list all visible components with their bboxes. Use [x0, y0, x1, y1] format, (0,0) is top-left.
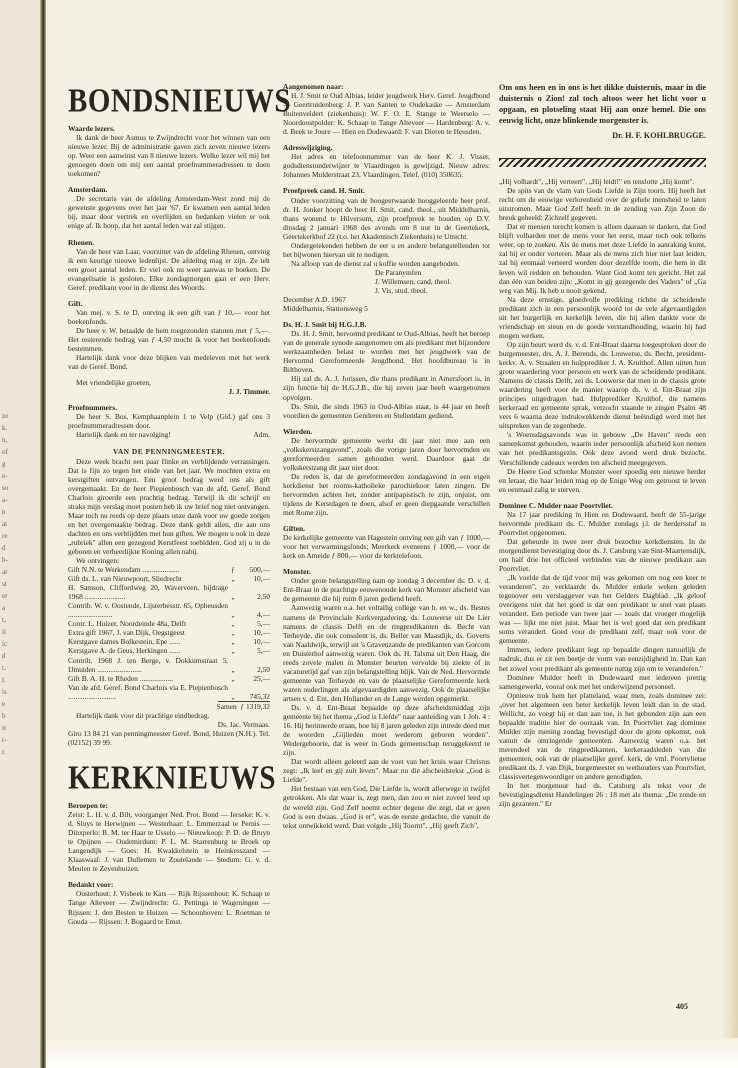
article-paragraph: Van de heer van Laar, voorzitter van de …	[68, 247, 270, 292]
article-heading: Adreswijziging.	[283, 143, 490, 152]
received-label: We ontvingen:	[68, 556, 270, 565]
gift-row: Van de afd. Geref. Bond Charlois via E. …	[68, 683, 270, 701]
giften-text: De kerkelijke gemeente van Hagestein ont…	[283, 533, 490, 560]
article-heading: Proefnummers.	[68, 403, 270, 412]
thanks-line: Hartelijk dank voor dit prachtige eindbe…	[68, 711, 270, 720]
article-paragraph: Dominee Mulder heeft in Dodewaard met ie…	[499, 673, 706, 691]
article-paragraph: Ik dank de heer Asmus te Zwijndrecht voo…	[68, 133, 270, 178]
facing-page-text-fragment: er	[2, 592, 7, 601]
gift-row: Gift B. A. H. te Rheden ................…	[68, 674, 270, 683]
facing-page-text-fragment: ic	[2, 640, 7, 649]
penningmeester-title: VAN DE PENNINGMEESTER.	[68, 447, 270, 456]
article-heading: Wierden.	[283, 427, 490, 436]
article-paragraph: Ds. Smit, die sinds 1963 in Oud-Albias s…	[283, 402, 490, 420]
section-title-bondsnieuws: BONDSNIEUWS	[68, 84, 270, 119]
article-paragraph: „Ik voelde dat de tijd voor mij was geko…	[499, 573, 706, 645]
article-paragraph: Opnieuw trok hem het platteland, waar me…	[499, 691, 706, 781]
facing-page-text-fragment: at	[2, 520, 7, 529]
article-paragraph: Immers, iedere predikant legt op bepaald…	[499, 645, 706, 672]
proefpreek-body: Onder voorzitting van de hoogeerwaarde h…	[283, 196, 490, 268]
article-paragraph: Na afloop van de dienst zal u koffie wor…	[283, 259, 490, 268]
column-3: Om ons heen en in ons is het dikke duist…	[499, 82, 706, 808]
article-heading: Dominee C. Mulder naar Poortvliet.	[499, 501, 706, 510]
article-paragraph: Ondergetekenden hebben de eer u en ander…	[283, 241, 490, 259]
article-paragraph: Na 17 jaar prediking in Hien en Dodewaar…	[499, 510, 706, 537]
article-paragraph: Ds. H. J. Smit, hervormd predikant te Ou…	[283, 329, 490, 374]
thanks-signature: Ds. Jac. Vermaas.	[68, 720, 270, 729]
facing-page-text-fragment: d	[2, 652, 6, 661]
article-paragraph: Het bestaan van een God, Die Liefde is, …	[283, 784, 490, 829]
proef-closing: Hartelijk dank en ter navolging!Adm.	[68, 430, 270, 439]
article-paragraph: Op zijn beurt werd ds. v. d. Ent-Braat d…	[499, 340, 706, 430]
article-paragraph: Dat gebeurde in twee zeer druk bezochte …	[499, 537, 706, 573]
mulder-body: Na 17 jaar prediking in Hien en Dodewaar…	[499, 510, 706, 809]
facing-page-text-fragment: r-	[2, 736, 7, 745]
facing-page-text-fragment: ze	[2, 412, 8, 421]
facing-page-text-fragment: of	[2, 448, 8, 457]
column-1: BONDSNIEUWS Waarde lezers.Ik dank de hee…	[68, 82, 270, 926]
kohlbrugge-quote: Om ons heen en in ons is het dikke duist…	[499, 82, 706, 126]
article-heading: Proefpreek cand. H. Smit.	[283, 186, 490, 195]
article-heading: Ds. H. J. Smit bij H.G.J.B.	[283, 320, 490, 329]
facing-page-text-fragment: a	[2, 604, 5, 613]
article-paragraph: Dat wordt alleen geleerd aan de voet van…	[283, 757, 490, 784]
gift-row: Kerstgave A. de Geus, Herkingen ......„5…	[68, 646, 270, 655]
article-paragraph: Ds. v. d. Ent-Braat bepaalde op deze afs…	[283, 703, 490, 757]
article-heading: Rhenen.	[68, 238, 270, 247]
facing-page-text-fragment: st	[2, 580, 7, 589]
proefpreek-date: December A.D. 1967	[283, 295, 490, 304]
facing-page-text-fragment: ir	[2, 724, 6, 733]
facing-page-text-fragment: t.	[2, 664, 6, 673]
facing-page-text-fragment: ar	[2, 568, 7, 577]
article-paragraph: Van mej. v. S. te D. ontving ik een gift…	[68, 308, 270, 326]
article-heading: Gift.	[68, 299, 270, 308]
ornamental-divider	[499, 158, 706, 167]
greeting-signature: J. J. Timmer.	[68, 387, 270, 396]
page-number: 405	[676, 1002, 688, 1011]
article-paragraph: Hij zal ds. A. J. Jorissen, die thans pr…	[283, 374, 490, 401]
proef-signature: Adm.	[245, 430, 270, 439]
facing-page-text-fragment: n,	[2, 436, 7, 445]
article-paragraph: Hartelijk dank voor deze blijken van med…	[68, 353, 270, 371]
gift-row: Kerstgave dames Bolkestein, Epe ......„1…	[68, 637, 270, 646]
paranymfen-signature: De Paranymfen J. Willemsen, cand. theol.…	[375, 268, 490, 295]
gift-row: Gift N.N. te Werkendam .................…	[68, 565, 270, 574]
article-paragraph: Onder voorzitting van de hoogeerwaarde h…	[283, 196, 490, 241]
section-title-kerknieuws: KERKNIEUWS	[68, 761, 270, 796]
article-paragraph: „Hij volhardt", „Hij verteert", „Hij lei…	[499, 177, 706, 186]
article-paragraph: De secretaris van de afdeling Amsterdam-…	[68, 194, 270, 230]
page-edge-shadow	[720, 0, 738, 1068]
facing-page-text-fragment: d	[2, 544, 6, 553]
article-paragraph: De heer v. W. betaalde de hem toegezonde…	[68, 326, 270, 353]
proefpreek-place: Middelharnis, Stationsweg 5	[283, 304, 490, 313]
article-paragraph: In het morgenuur had ds. Catsburg als te…	[499, 781, 706, 808]
article-paragraph: De reden is, dat de gereformeerden zonda…	[283, 472, 490, 517]
article-paragraph: De hervormde gemeente werkt dit jaar nie…	[283, 436, 490, 472]
article-heading: Beroepen te:	[68, 801, 270, 810]
monster-continued: „Hij volhardt", „Hij verteert", „Hij lei…	[499, 177, 706, 494]
facing-page-text-fragment: k.	[2, 424, 7, 433]
gift-row: Contrib. 1968 J. ten Berge, v. Dokkumstr…	[68, 656, 270, 674]
facing-page-text-fragment: a-	[2, 496, 7, 505]
smit-body: Ds. H. J. Smit, hervormd predikant te Ou…	[283, 329, 490, 419]
giro-info: Giro 13 84 21 van penningmeester Geref. …	[68, 729, 270, 747]
article-heading: Monster.	[283, 567, 490, 576]
penningmeester-paragraph: Deze week bracht een paar flinke en verb…	[68, 457, 270, 557]
article-paragraph: Onder grote belangstelling nam op zondag…	[283, 576, 490, 603]
facing-page-text-fragment: r.	[2, 748, 6, 757]
facing-page-text-fragment: is	[2, 688, 7, 697]
article-heading: Aangenomen naar:	[283, 82, 490, 91]
gift-row: Gift ds. L. van Nieuwpoort, Sliedrecht„1…	[68, 574, 270, 583]
facing-page-text-fragment: n	[2, 508, 6, 517]
facing-page-text-fragment: e-	[2, 472, 7, 481]
article-paragraph: De spits van de vlam van Gods Liefde is …	[499, 186, 706, 222]
quote-signature: Dr. H. F. KOHLBRUGGE.	[499, 131, 706, 140]
facing-page-edge: zek.n,ofge-soa-natredb-arsterat,ilicdt.l…	[0, 0, 44, 1068]
gift-row: Extra gift 1967, J. van Dijk, Oegstgeest…	[68, 628, 270, 637]
facing-page-text-fragment: t,	[2, 616, 6, 625]
facing-page-text-fragment: so	[2, 484, 8, 493]
monster-body: Onder grote belangstelling nam op zondag…	[283, 576, 490, 829]
article-heading: Bedankt voor:	[68, 880, 270, 889]
article-paragraph: Na deze ernstige, gloedvolle prediking r…	[499, 295, 706, 340]
facing-page-text-fragment: g	[2, 460, 6, 469]
bondsnieuws-sections: Waarde lezers.Ik dank de heer Asmus te Z…	[68, 124, 270, 371]
wierden-body: De hervormde gemeente werkt dit jaar nie…	[283, 436, 490, 517]
facing-page-text-fragment: l.	[2, 676, 6, 685]
adres-text: Het adres en telefoonnummer van de heer …	[283, 152, 490, 179]
beroepen-text: Zeist: L. H. v. d. Bilt, voorganger Ned.…	[68, 810, 270, 873]
facing-page-text-fragment: e	[2, 700, 5, 709]
greeting: Met vriendelijke groeten,	[68, 378, 270, 387]
article-paragraph: 's Woensdagsavonds was in gebouw „De Hav…	[499, 430, 706, 466]
facing-page-text-fragment: b	[2, 712, 6, 721]
article-heading: Amsterdam.	[68, 185, 270, 194]
gift-row: H. Samson, Cliffordweg 20, Waverveen, bi…	[68, 583, 270, 601]
facing-page-text-fragment: il	[2, 628, 6, 637]
article-paragraph: Dat er mensen terecht komen is alleen da…	[499, 222, 706, 294]
facing-page-text-fragment: b-	[2, 556, 8, 565]
aangenomen-text: H. J. Smit te Oud Albias, leider jeugdwe…	[283, 91, 490, 136]
gifts-total: Samen ƒ 1319,32	[68, 702, 270, 711]
bedankt-text: Oosterhout: J. Visbeek te Kats — Rijk Ri…	[68, 889, 270, 925]
column-2: Aangenomen naar: H. J. Smit te Oud Albia…	[283, 82, 490, 830]
facing-page-text-fragment: re	[2, 532, 7, 541]
article-paragraph: De heer S. Bos, Kemphaanplein 1 te Velp …	[68, 412, 270, 430]
gift-row: Contr. L. Huizer, Noordeinde 48a, Delft„…	[68, 619, 270, 628]
article-heading: Waarde lezers.	[68, 124, 270, 133]
article-heading: Giften.	[283, 524, 490, 533]
article-paragraph: De Heere God schenke Monster weer spoedi…	[499, 467, 706, 494]
gifts-table: Gift N.N. te Werkendam .................…	[68, 565, 270, 701]
article-paragraph: Aanwezig waren o.a. het voltallig colleg…	[283, 603, 490, 703]
gift-row: Contrib. W. v. Oostende, Lijsterbesstr. …	[68, 601, 270, 619]
